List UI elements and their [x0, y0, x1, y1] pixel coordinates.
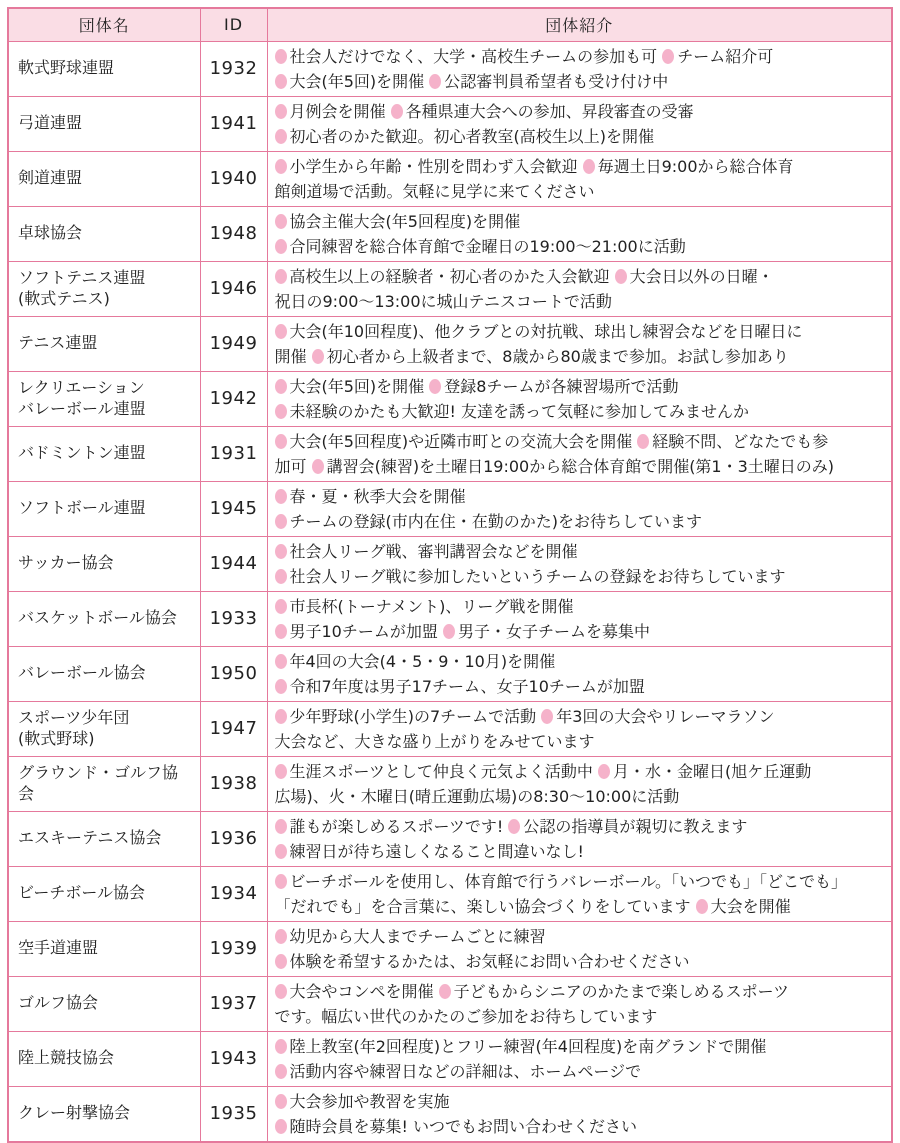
org-id-cell: 1942	[200, 371, 267, 426]
org-id-cell: 1948	[200, 206, 267, 261]
desc-line: 大会(年5回)を開催 公認審判員希望者も受け付け中	[275, 69, 888, 94]
org-name-cell: 剣道連盟	[8, 151, 200, 206]
org-desc-cell: 大会(年5回程度)や近隣市町との交流大会を開催 経験不問、どなたでも参加可 講習…	[267, 426, 892, 481]
header-org-desc: 団体紹介	[267, 8, 892, 41]
table-row: エスキーテニス協会1936誰もが楽しめるスポーツです! 公認の指導員が親切に教え…	[8, 811, 892, 866]
desc-line: 活動内容や練習日などの詳細は、ホームページで	[275, 1059, 888, 1084]
bullet-icon	[275, 104, 287, 119]
bullet-icon	[508, 819, 520, 834]
desc-line: 春・夏・秋季大会を開催	[275, 484, 888, 509]
bullet-icon	[275, 1039, 287, 1054]
org-name-cell: テニス連盟	[8, 316, 200, 371]
org-name-cell: レクリエーション バレーボール連盟	[8, 371, 200, 426]
org-table-body: 軟式野球連盟1932社会人だけでなく、大学・高校生チームの参加も可 チーム紹介可…	[8, 41, 892, 1142]
desc-line: 「だれでも」を合言葉に、楽しい協会づくりをしています 大会を開催	[275, 894, 888, 919]
bullet-icon	[275, 489, 287, 504]
bullet-icon	[275, 819, 287, 834]
desc-line: チームの登録(市内在住・在勤のかた)をお待ちしています	[275, 509, 888, 534]
desc-line: 年4回の大会(4・5・9・10月)を開催	[275, 649, 888, 674]
org-desc-cell: 陸上教室(年2回程度)とフリー練習(年4回程度)を南グランドで開催活動内容や練習…	[267, 1031, 892, 1086]
table-row: サッカー協会1944社会人リーグ戦、審判講習会などを開催社会人リーグ戦に参加した…	[8, 536, 892, 591]
bullet-icon	[275, 544, 287, 559]
desc-line: 令和7年度は男子17チーム、女子10チームが加盟	[275, 674, 888, 699]
org-id-cell: 1950	[200, 646, 267, 701]
org-id-cell: 1935	[200, 1086, 267, 1142]
header-org-name: 団体名	[8, 8, 200, 41]
bullet-icon	[429, 379, 441, 394]
bullet-icon	[391, 104, 403, 119]
org-name-cell: ゴルフ協会	[8, 976, 200, 1031]
desc-line: 大会参加や教習を実施	[275, 1089, 888, 1114]
desc-line: 未経験のかたも大歓迎! 友達を誘って気軽に参加してみませんか	[275, 399, 888, 424]
org-id-cell: 1933	[200, 591, 267, 646]
bullet-icon	[275, 764, 287, 779]
bullet-icon	[275, 844, 287, 859]
org-name-cell: 空手道連盟	[8, 921, 200, 976]
org-name-cell: 弓道連盟	[8, 96, 200, 151]
desc-line: 祝日の9:00～13:00に城山テニスコートで活動	[275, 289, 888, 314]
table-row: バスケットボール協会1933市長杯(トーナメント)、リーグ戦を開催男子10チーム…	[8, 591, 892, 646]
desc-line: 加可 講習会(練習)を土曜日19:00から総合体育館で開催(第1・3土曜日のみ)	[275, 454, 888, 479]
bullet-icon	[275, 709, 287, 724]
bullet-icon	[275, 624, 287, 639]
desc-line: ビーチボールを使用し、体育館で行うバレーボール。「いつでも」「どこでも」	[275, 869, 888, 894]
bullet-icon	[275, 404, 287, 419]
org-id-cell: 1938	[200, 756, 267, 811]
bullet-icon	[598, 764, 610, 779]
bullet-icon	[275, 434, 287, 449]
org-desc-cell: 高校生以上の経験者・初心者のかた入会歓迎 大会日以外の日曜・祝日の9:00～13…	[267, 261, 892, 316]
bullet-icon	[275, 929, 287, 944]
org-id-cell: 1941	[200, 96, 267, 151]
bullet-icon	[275, 1094, 287, 1109]
bullet-icon	[275, 599, 287, 614]
desc-line: 大会やコンペを開催 子どもからシニアのかたまで楽しめるスポーツ	[275, 979, 888, 1004]
desc-line: 大会(年5回程度)や近隣市町との交流大会を開催 経験不問、どなたでも参	[275, 429, 888, 454]
org-id-cell: 1936	[200, 811, 267, 866]
org-name-cell: 卓球協会	[8, 206, 200, 261]
bullet-icon	[439, 984, 451, 999]
table-row: バドミントン連盟1931大会(年5回程度)や近隣市町との交流大会を開催 経験不問…	[8, 426, 892, 481]
table-row: ソフトテニス連盟 (軟式テニス)1946高校生以上の経験者・初心者のかた入会歓迎…	[8, 261, 892, 316]
bullet-icon	[637, 434, 649, 449]
org-name-cell: ソフトテニス連盟 (軟式テニス)	[8, 261, 200, 316]
org-id-cell: 1944	[200, 536, 267, 591]
desc-line: 小学生から年齢・性別を問わず入会歓迎 毎週土日9:00から総合体育	[275, 154, 888, 179]
desc-line: 広場)、火・木曜日(晴丘運動広場)の8:30～10:00に活動	[275, 784, 888, 809]
organization-table: 団体名 ID 団体紹介 軟式野球連盟1932社会人だけでなく、大学・高校生チーム…	[7, 7, 893, 1143]
bullet-icon	[275, 239, 287, 254]
org-desc-cell: 生涯スポーツとして仲良く元気よく活動中 月・水・金曜日(旭ケ丘運動広場)、火・木…	[267, 756, 892, 811]
desc-line: 体験を希望するかたは、お気軽にお問い合わせください	[275, 949, 888, 974]
desc-line: 誰もが楽しめるスポーツです! 公認の指導員が親切に教えます	[275, 814, 888, 839]
desc-line: 合同練習を総合体育館で金曜日の19:00～21:00に活動	[275, 234, 888, 259]
table-row: 剣道連盟1940小学生から年齢・性別を問わず入会歓迎 毎週土日9:00から総合体…	[8, 151, 892, 206]
bullet-icon	[275, 74, 287, 89]
desc-line: 市長杯(トーナメント)、リーグ戦を開催	[275, 594, 888, 619]
bullet-icon	[275, 129, 287, 144]
desc-line: 開催 初心者から上級者まで、8歳から80歳まで参加。お試し参加あり	[275, 344, 888, 369]
table-row: 弓道連盟1941月例会を開催 各種県連大会への参加、昇段審査の受審初心者のかた歓…	[8, 96, 892, 151]
bullet-icon	[275, 49, 287, 64]
org-name-cell: クレー射撃協会	[8, 1086, 200, 1142]
org-desc-cell: 社会人リーグ戦、審判講習会などを開催社会人リーグ戦に参加したいというチームの登録…	[267, 536, 892, 591]
desc-line: 生涯スポーツとして仲良く元気よく活動中 月・水・金曜日(旭ケ丘運動	[275, 759, 888, 784]
org-name-cell: スポーツ少年団 (軟式野球)	[8, 701, 200, 756]
bullet-icon	[275, 569, 287, 584]
org-desc-cell: 大会(年10回程度)、他クラブとの対抗戦、球出し練習会などを日曜日に開催 初心者…	[267, 316, 892, 371]
org-desc-cell: 大会やコンペを開催 子どもからシニアのかたまで楽しめるスポーツです。幅広い世代の…	[267, 976, 892, 1031]
org-desc-cell: 小学生から年齢・性別を問わず入会歓迎 毎週土日9:00から総合体育館剣道場で活動…	[267, 151, 892, 206]
org-desc-cell: 大会(年5回)を開催 登録8チームが各練習場所で活動未経験のかたも大歓迎! 友達…	[267, 371, 892, 426]
org-desc-cell: 月例会を開催 各種県連大会への参加、昇段審査の受審初心者のかた歓迎。初心者教室(…	[267, 96, 892, 151]
bullet-icon	[615, 269, 627, 284]
bullet-icon	[275, 874, 287, 889]
table-row: ビーチボール協会1934ビーチボールを使用し、体育館で行うバレーボール。「いつで…	[8, 866, 892, 921]
desc-line: 社会人リーグ戦に参加したいというチームの登録をお待ちしています	[275, 564, 888, 589]
desc-line: 陸上教室(年2回程度)とフリー練習(年4回程度)を南グランドで開催	[275, 1034, 888, 1059]
bullet-icon	[312, 349, 324, 364]
org-name-cell: 軟式野球連盟	[8, 41, 200, 96]
table-row: 卓球協会1948協会主催大会(年5回程度)を開催合同練習を総合体育館で金曜日の1…	[8, 206, 892, 261]
bullet-icon	[429, 74, 441, 89]
org-desc-cell: 少年野球(小学生)の7チームで活動 年3回の大会やリレーマラソン大会など、大きな…	[267, 701, 892, 756]
bullet-icon	[541, 709, 553, 724]
org-id-cell: 1949	[200, 316, 267, 371]
bullet-icon	[275, 324, 287, 339]
desc-line: 大会(年5回)を開催 登録8チームが各練習場所で活動	[275, 374, 888, 399]
org-desc-cell: 年4回の大会(4・5・9・10月)を開催令和7年度は男子17チーム、女子10チー…	[267, 646, 892, 701]
desc-line: 少年野球(小学生)の7チームで活動 年3回の大会やリレーマラソン	[275, 704, 888, 729]
bullet-icon	[275, 159, 287, 174]
org-id-cell: 1943	[200, 1031, 267, 1086]
org-name-cell: 陸上競技協会	[8, 1031, 200, 1086]
bullet-icon	[275, 654, 287, 669]
org-desc-cell: 協会主催大会(年5回程度)を開催合同練習を総合体育館で金曜日の19:00～21:…	[267, 206, 892, 261]
table-row: クレー射撃協会1935大会参加や教習を実施随時会員を募集! いつでもお問い合わせ…	[8, 1086, 892, 1142]
org-name-cell: サッカー協会	[8, 536, 200, 591]
org-id-cell: 1934	[200, 866, 267, 921]
org-name-cell: バスケットボール協会	[8, 591, 200, 646]
bullet-icon	[275, 1064, 287, 1079]
table-header: 団体名 ID 団体紹介	[8, 8, 892, 41]
org-name-cell: グラウンド・ゴルフ協会	[8, 756, 200, 811]
desc-line: です。幅広い世代のかたのご参加をお待ちしています	[275, 1004, 888, 1029]
org-desc-cell: 社会人だけでなく、大学・高校生チームの参加も可 チーム紹介可大会(年5回)を開催…	[267, 41, 892, 96]
bullet-icon	[275, 679, 287, 694]
org-desc-cell: 大会参加や教習を実施随時会員を募集! いつでもお問い合わせください	[267, 1086, 892, 1142]
table-row: ソフトボール連盟1945春・夏・秋季大会を開催チームの登録(市内在住・在勤のかた…	[8, 481, 892, 536]
bullet-icon	[583, 159, 595, 174]
desc-line: 練習日が待ち遠しくなること間違いなし!	[275, 839, 888, 864]
table-row: レクリエーション バレーボール連盟1942大会(年5回)を開催 登録8チームが各…	[8, 371, 892, 426]
org-id-cell: 1932	[200, 41, 267, 96]
bullet-icon	[275, 954, 287, 969]
table-row: スポーツ少年団 (軟式野球)1947少年野球(小学生)の7チームで活動 年3回の…	[8, 701, 892, 756]
desc-line: 社会人リーグ戦、審判講習会などを開催	[275, 539, 888, 564]
page: 団体名 ID 団体紹介 軟式野球連盟1932社会人だけでなく、大学・高校生チーム…	[0, 0, 900, 1135]
table-row: テニス連盟1949大会(年10回程度)、他クラブとの対抗戦、球出し練習会などを日…	[8, 316, 892, 371]
desc-line: 協会主催大会(年5回程度)を開催	[275, 209, 888, 234]
header-row: 団体名 ID 団体紹介	[8, 8, 892, 41]
table-row: バレーボール協会1950年4回の大会(4・5・9・10月)を開催令和7年度は男子…	[8, 646, 892, 701]
table-row: 軟式野球連盟1932社会人だけでなく、大学・高校生チームの参加も可 チーム紹介可…	[8, 41, 892, 96]
bullet-icon	[275, 514, 287, 529]
bullet-icon	[275, 984, 287, 999]
bullet-icon	[696, 899, 708, 914]
desc-line: 大会など、大きな盛り上がりをみせています	[275, 729, 888, 754]
org-name-cell: エスキーテニス協会	[8, 811, 200, 866]
bullet-icon	[275, 1119, 287, 1134]
desc-line: 初心者のかた歓迎。初心者教室(高校生以上)を開催	[275, 124, 888, 149]
desc-line: 高校生以上の経験者・初心者のかた入会歓迎 大会日以外の日曜・	[275, 264, 888, 289]
org-id-cell: 1937	[200, 976, 267, 1031]
desc-line: 男子10チームが加盟 男子・女子チームを募集中	[275, 619, 888, 644]
desc-line: 館剣道場で活動。気軽に見学に来てください	[275, 179, 888, 204]
org-id-cell: 1931	[200, 426, 267, 481]
bullet-icon	[275, 269, 287, 284]
desc-line: 社会人だけでなく、大学・高校生チームの参加も可 チーム紹介可	[275, 44, 888, 69]
org-desc-cell: 市長杯(トーナメント)、リーグ戦を開催男子10チームが加盟 男子・女子チームを募…	[267, 591, 892, 646]
org-id-cell: 1940	[200, 151, 267, 206]
table-row: ゴルフ協会1937大会やコンペを開催 子どもからシニアのかたまで楽しめるスポーツ…	[8, 976, 892, 1031]
org-desc-cell: 誰もが楽しめるスポーツです! 公認の指導員が親切に教えます練習日が待ち遠しくなる…	[267, 811, 892, 866]
org-id-cell: 1945	[200, 481, 267, 536]
org-desc-cell: ビーチボールを使用し、体育館で行うバレーボール。「いつでも」「どこでも」「だれで…	[267, 866, 892, 921]
table-row: グラウンド・ゴルフ協会1938生涯スポーツとして仲良く元気よく活動中 月・水・金…	[8, 756, 892, 811]
bullet-icon	[662, 49, 674, 64]
org-desc-cell: 春・夏・秋季大会を開催チームの登録(市内在住・在勤のかた)をお待ちしています	[267, 481, 892, 536]
org-desc-cell: 幼児から大人までチームごとに練習体験を希望するかたは、お気軽にお問い合わせくださ…	[267, 921, 892, 976]
desc-line: 大会(年10回程度)、他クラブとの対抗戦、球出し練習会などを日曜日に	[275, 319, 888, 344]
bullet-icon	[443, 624, 455, 639]
desc-line: 月例会を開催 各種県連大会への参加、昇段審査の受審	[275, 99, 888, 124]
org-id-cell: 1947	[200, 701, 267, 756]
bullet-icon	[312, 459, 324, 474]
bullet-icon	[275, 379, 287, 394]
org-name-cell: ビーチボール協会	[8, 866, 200, 921]
org-id-cell: 1946	[200, 261, 267, 316]
desc-line: 幼児から大人までチームごとに練習	[275, 924, 888, 949]
bullet-icon	[275, 214, 287, 229]
org-id-cell: 1939	[200, 921, 267, 976]
table-row: 空手道連盟1939幼児から大人までチームごとに練習体験を希望するかたは、お気軽に…	[8, 921, 892, 976]
header-org-id: ID	[200, 8, 267, 41]
table-row: 陸上競技協会1943陸上教室(年2回程度)とフリー練習(年4回程度)を南グランド…	[8, 1031, 892, 1086]
org-name-cell: バドミントン連盟	[8, 426, 200, 481]
org-name-cell: バレーボール協会	[8, 646, 200, 701]
org-name-cell: ソフトボール連盟	[8, 481, 200, 536]
